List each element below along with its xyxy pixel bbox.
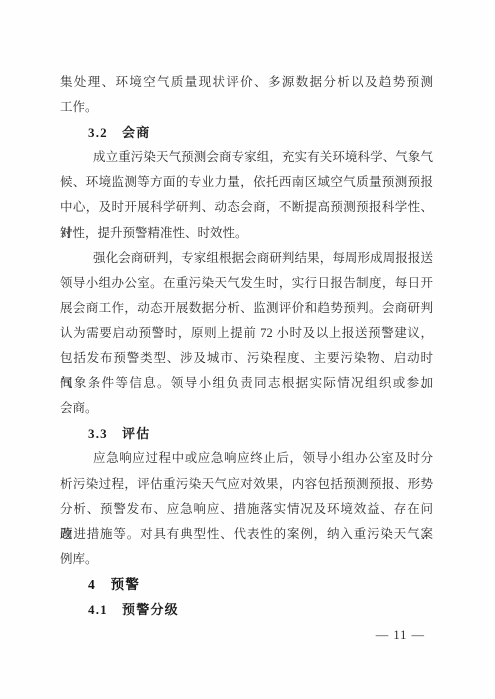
text-line: 候、环境监测等方面的专业力量，依托西南区域空气质量预测预报	[60, 170, 433, 195]
text-line: 析污染过程，评估重污染天气应对效果，内容包括预测预报、形势	[60, 472, 433, 497]
document-page: 集处理、环境空气质量现状评价、多源数据分析以及趋势预测 工作。 3.2 会商 成…	[0, 0, 495, 699]
text-line: 对性，提升预警精准性、时效性。	[60, 221, 433, 246]
section-heading-3-2: 3.2 会商	[60, 120, 433, 145]
document-text: 集处理、环境空气质量现状评价、多源数据分析以及趋势预测 工作。 3.2 会商 成…	[60, 70, 433, 622]
text-line: 例库。	[60, 547, 433, 572]
text-line: 会商。	[60, 396, 433, 421]
text-line: 领导小组办公室。在重污染天气发生时，实行日报告制度，每日开	[60, 271, 433, 296]
text-line: 展会商工作，动态开展数据分析、监测评价和趋势预判。会商研判	[60, 296, 433, 321]
text-line: 应急响应过程中或应急响应终止后，领导小组办公室及时分	[60, 446, 433, 471]
text-line: 中心，及时开展科学研判、动态会商，不断提高预测预报科学性、针	[60, 195, 433, 220]
text-line: 气象条件等信息。领导小组负责同志根据实际情况组织或参加	[60, 371, 433, 396]
text-line: 改进措施等。对具有典型性、代表性的案例，纳入重污染天气案	[60, 522, 433, 547]
text-line: 分析、预警发布、应急响应、措施落实情况及环境效益、存在问题、	[60, 497, 433, 522]
text-line: 集处理、环境空气质量现状评价、多源数据分析以及趋势预测	[60, 70, 433, 95]
text-line: 成立重污染天气预测会商专家组，充实有关环境科学、气象气	[60, 145, 433, 170]
section-heading-4-1: 4.1 预警分级	[60, 597, 433, 622]
text-line: 认为需要启动预警时，原则上提前 72 小时及以上报送预警建议，	[60, 321, 433, 346]
page-number: — 11 —	[376, 623, 425, 648]
text-line: 工作。	[60, 95, 433, 120]
section-heading-4: 4 预警	[60, 572, 433, 597]
text-line: 强化会商研判，专家组根据会商研判结果，每周形成周报报送	[60, 246, 433, 271]
section-heading-3-3: 3.3 评估	[60, 421, 433, 446]
text-line: 包括发布预警类型、涉及城市、污染程度、主要污染物、启动时间、	[60, 346, 433, 371]
